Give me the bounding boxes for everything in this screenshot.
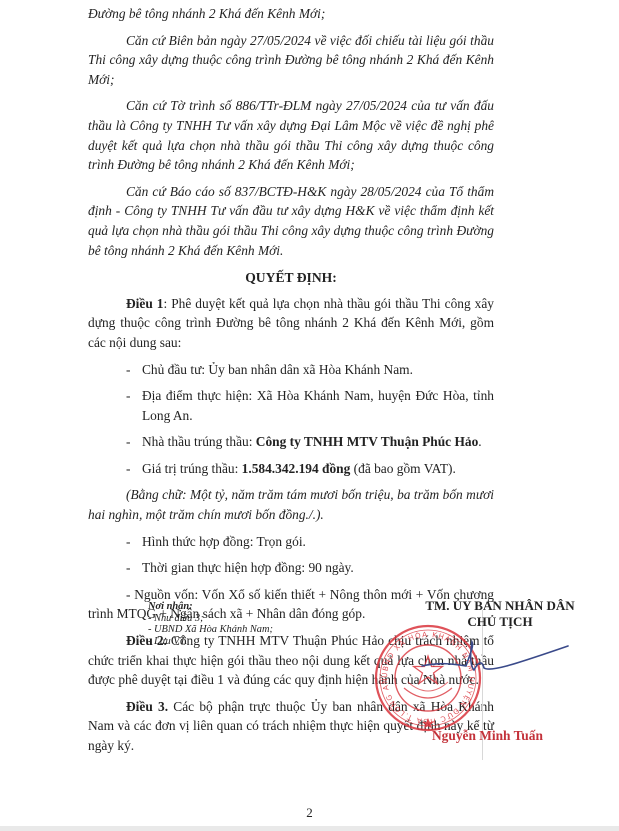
preamble-line-3: Căn cứ Báo cáo số 837/BCTĐ-H&K ngày 28/0…	[88, 182, 494, 260]
dash: -	[126, 532, 130, 552]
contract-type-text: Hình thức hợp đồng: Trọn gói.	[142, 534, 306, 549]
page-bottom-edge	[0, 826, 619, 831]
item-investor: -Chủ đầu tư: Ủy ban nhân dân xã Hòa Khán…	[88, 360, 494, 380]
article-1: Điều 1: Phê duyệt kết quả lựa chọn nhà t…	[88, 294, 494, 353]
price-note: (đã bao gồm VAT).	[350, 461, 456, 476]
item-location-text: Địa điểm thực hiện: Xã Hòa Khánh Nam, hu…	[142, 388, 494, 423]
handwritten-signature-icon	[420, 640, 570, 680]
document-page: Đường bê tông nhánh 2 Khá đến Kênh Mới; …	[0, 0, 619, 831]
signer-organization: TM. ỦY BAN NHÂN DÂN	[400, 598, 600, 614]
dash: -	[126, 587, 130, 602]
preamble-line-0: Đường bê tông nhánh 2 Khá đến Kênh Mới;	[88, 4, 494, 24]
item-contract-type: -Hình thức hợp đồng: Trọn gói.	[88, 532, 494, 552]
price-value: 1.584.342.194 đồng	[242, 461, 351, 476]
decision-heading: QUYẾT ĐỊNH:	[88, 268, 494, 288]
signer-name: Nguyễn Minh Tuấn	[432, 728, 543, 744]
article-1-label: Điều 1	[126, 296, 163, 311]
item-duration: -Thời gian thực hiện hợp đồng: 90 ngày.	[88, 558, 494, 578]
item-investor-text: Chủ đầu tư: Ủy ban nhân dân xã Hòa Khánh…	[142, 362, 413, 377]
page-number: 2	[0, 805, 619, 821]
preamble-line-1: Căn cứ Biên bản ngày 27/05/2024 về việc …	[88, 31, 494, 90]
recipient-item: - UBND Xã Hòa Khánh Nam;	[148, 624, 273, 636]
recipients-block: Nơi nhận: - Như điều 3; - UBND Xã Hòa Kh…	[148, 601, 273, 647]
dash: -	[126, 459, 130, 479]
item-price: -Giá trị trúng thầu: 1.584.342.194 đồng …	[88, 459, 494, 479]
dash: -	[126, 360, 130, 380]
duration-text: Thời gian thực hiện hợp đồng: 90 ngày.	[142, 560, 354, 575]
dash: -	[126, 386, 130, 406]
price-in-words: (Bằng chữ: Một tỷ, năm trăm tám mươi bốn…	[88, 485, 494, 524]
recipient-item: - Lưu VT.	[148, 636, 273, 648]
price-label: Giá trị trúng thầu:	[142, 461, 242, 476]
recipient-item: - Như điều 3;	[148, 613, 273, 625]
preamble-line-2: Căn cứ Tờ trình số 886/TTr-ĐLM ngày 27/0…	[88, 96, 494, 174]
item-contractor: -Nhà thầu trúng thầu: Công ty TNHH MTV T…	[88, 432, 494, 452]
contractor-end: .	[478, 434, 481, 449]
recipients-title: Nơi nhận:	[148, 601, 273, 613]
dash: -	[126, 432, 130, 452]
item-location: -Địa điểm thực hiện: Xã Hòa Khánh Nam, h…	[88, 386, 494, 425]
dash: -	[126, 558, 130, 578]
contractor-value: Công ty TNHH MTV Thuận Phúc Hảo	[256, 434, 479, 449]
contractor-label: Nhà thầu trúng thầu:	[142, 434, 256, 449]
article-3-label: Điều 3.	[126, 699, 168, 714]
